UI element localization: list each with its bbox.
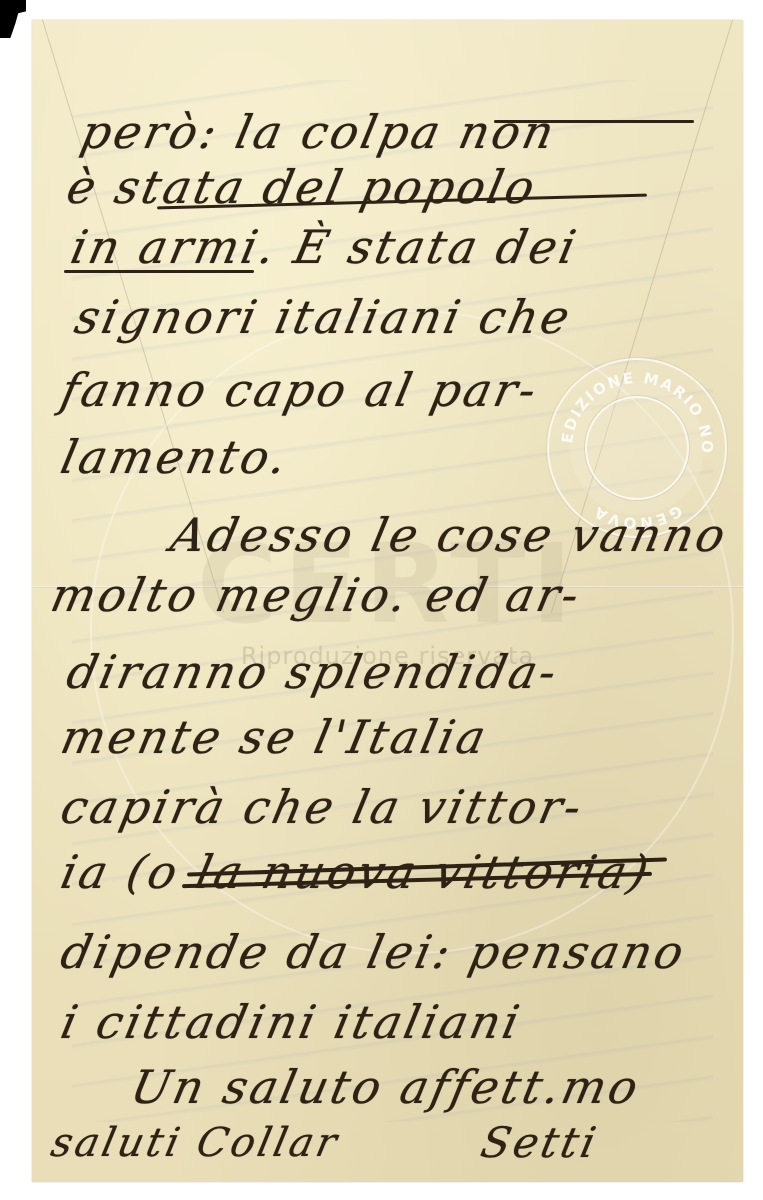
handwritten-line: signori italiani che <box>70 290 577 344</box>
underline-mark <box>494 120 694 123</box>
handwritten-line: però: la colpa non <box>76 105 561 159</box>
handwritten-line: fanno capo al par- <box>56 363 544 417</box>
letter-page: CERTI Riproduzione riservata EDIZIONE MA… <box>32 20 743 1182</box>
handwritten-line: in armi. È stata dei <box>66 220 583 274</box>
handwritten-signature: Setti <box>477 1118 603 1167</box>
handwritten-line: Adesso le cose vanno <box>166 508 733 562</box>
underline-mark <box>64 270 254 273</box>
handwritten-line: mente se l'Italia <box>56 710 493 764</box>
handwritten-line: diranno splendida- <box>62 645 564 699</box>
handwritten-line: dipende da lei: pensano <box>56 925 691 979</box>
handwritten-line: lamento. <box>56 430 294 484</box>
handwritten-line: ia (o la nuova vittoria) <box>56 845 656 899</box>
handwritten-line: i cittadini italiani <box>56 995 527 1049</box>
scan-corner-mark <box>0 0 26 38</box>
handwritten-text: però: la colpa non è stata del popolo in… <box>32 20 743 1182</box>
handwritten-line: capirà che la vittor- <box>56 780 589 834</box>
handwritten-line: molto meglio. ed ar- <box>46 568 586 622</box>
handwritten-line: Un saluto affett.mo <box>126 1060 645 1114</box>
handwritten-closing: saluti Collar <box>47 1120 344 1166</box>
handwritten-line: è stata del popolo <box>62 160 542 214</box>
